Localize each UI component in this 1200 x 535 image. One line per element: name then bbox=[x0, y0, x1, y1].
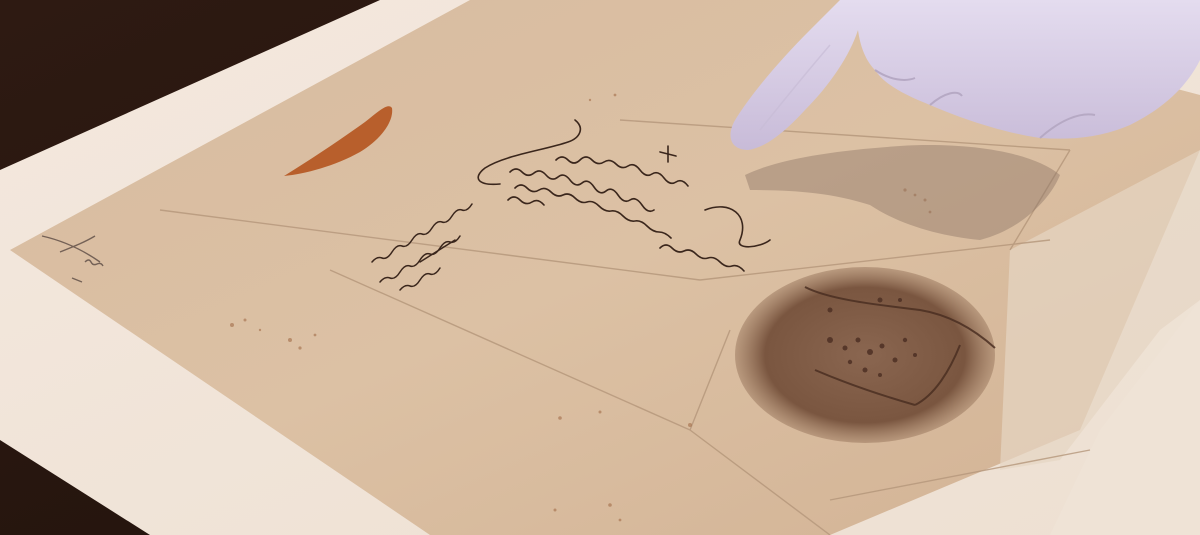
photo-scene: Old parchment letter with cursive script… bbox=[0, 0, 1200, 535]
photo-illustration bbox=[0, 0, 1200, 535]
